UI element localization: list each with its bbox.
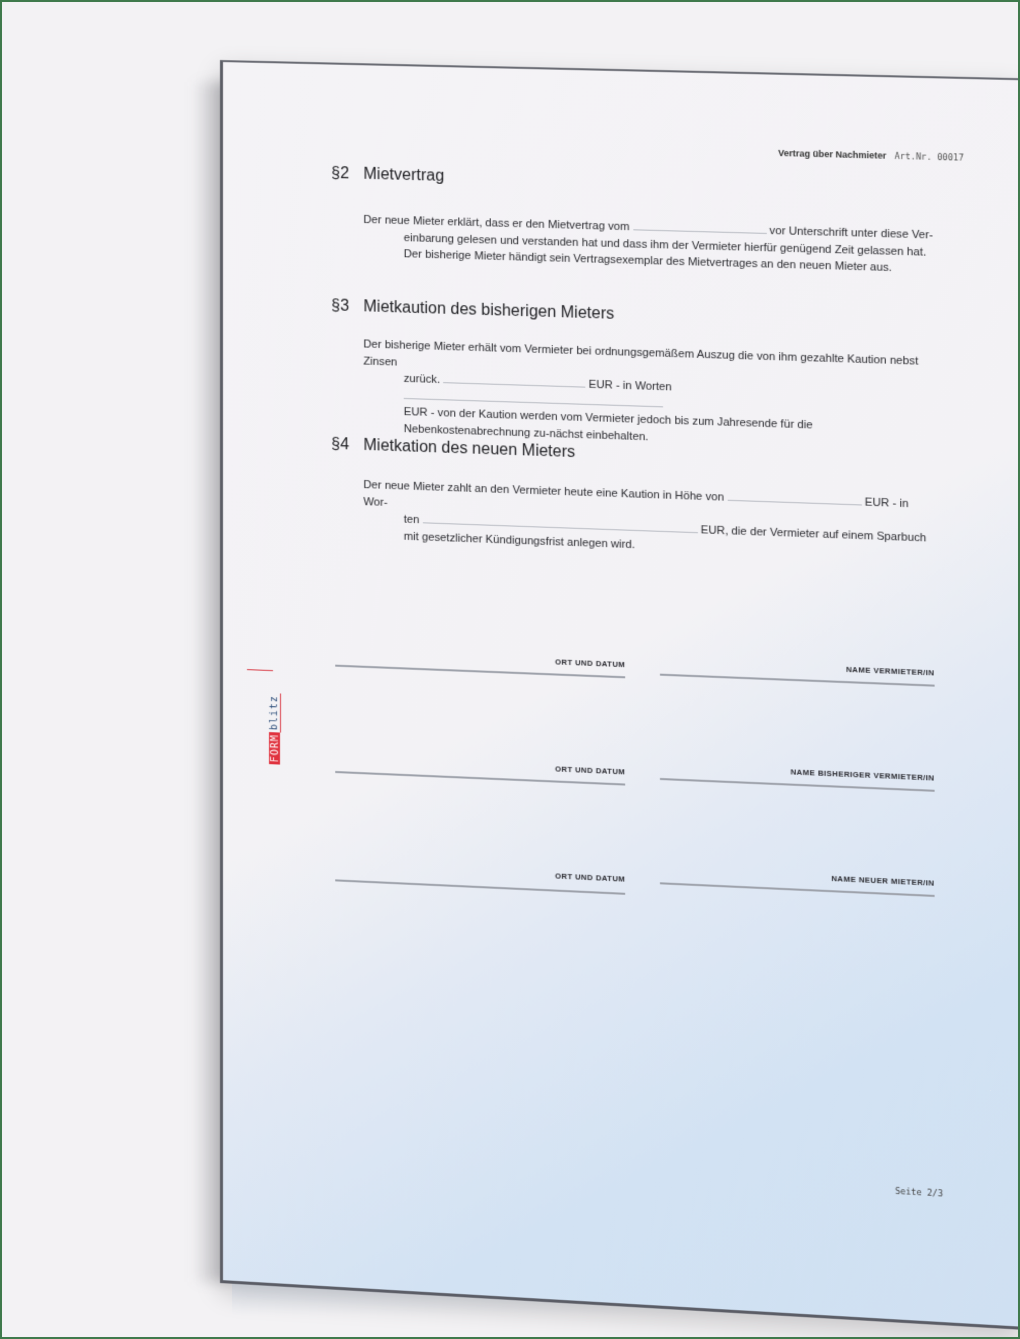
text: Der neue Mieter zahlt an den Vermieter h… — [363, 479, 724, 504]
section-3-title: §3Mietkaution des bisherigen Mieters — [331, 297, 614, 324]
section-number: §4 — [331, 436, 363, 455]
date-field[interactable] — [633, 219, 766, 234]
text: vor Unterschrift unter diese Ver- — [770, 225, 934, 242]
section-heading: Mietvertrag — [363, 166, 444, 185]
section-number: §2 — [331, 165, 363, 184]
page-number: Seite 2/3 — [895, 1187, 943, 1200]
section-2-text: Der neue Mieter erklärt, dass er den Mie… — [363, 212, 936, 278]
text: Der bisherige Mieter erhält vom Vermiete… — [363, 338, 918, 368]
logo-blitz: blitz — [269, 693, 281, 733]
deposit-amount-field[interactable] — [727, 490, 861, 506]
sig-label-landlord: NAME VERMIETER/IN — [750, 661, 934, 677]
text: EUR - in Worten — [589, 379, 672, 394]
section-2-title: §2Mietvertrag — [331, 165, 444, 186]
sig-label-place-date-2: ORT UND DATUM — [515, 763, 625, 777]
formblitz-logo: FORMblitz — [267, 670, 283, 765]
header-title: Vertrag über Nachmieter — [778, 148, 886, 161]
article-number: Art.Nr. 00017 — [895, 152, 964, 164]
amount-field[interactable] — [443, 372, 585, 388]
text: zurück. — [404, 373, 440, 386]
sig-label-new-tenant: NAME NEUER MIETER/IN — [750, 870, 934, 888]
section-heading: Mietkaution des bisherigen Mieters — [363, 298, 614, 323]
section-3-text: Der bisherige Mieter erhält vom Vermiete… — [363, 336, 936, 455]
sig-label-place-date-1: ORT UND DATUM — [515, 656, 625, 669]
sig-label-place-date-3: ORT UND DATUM — [515, 870, 625, 884]
deposit-words-field[interactable] — [423, 512, 698, 533]
text: ten — [404, 514, 420, 527]
section-4-text: Der neue Mieter zahlt an den Vermieter h… — [363, 477, 936, 564]
document-page: Vertrag über NachmieterArt.Nr. 00017 §2M… — [220, 60, 1020, 1330]
section-number: §3 — [331, 297, 363, 316]
sig-label-previous-landlord: NAME BISHERIGER VERMIETER/IN — [750, 766, 934, 783]
logo-form: FORM — [270, 732, 281, 765]
document-header: Vertrag über NachmieterArt.Nr. 00017 — [778, 148, 964, 164]
